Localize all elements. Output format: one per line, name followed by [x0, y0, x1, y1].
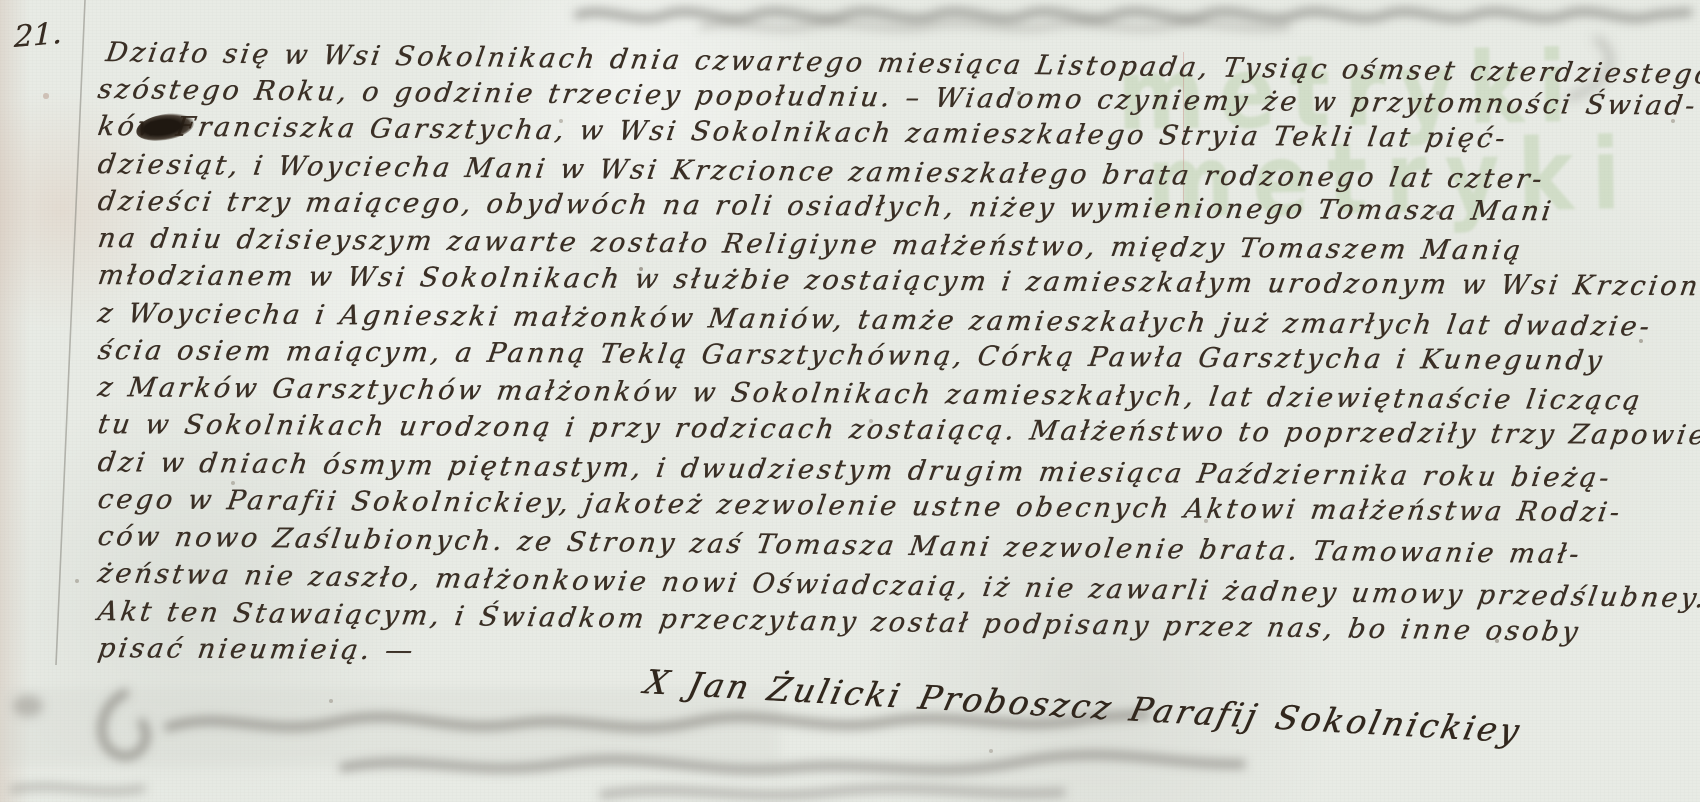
handwriting-line: pisać nieumieią. — — [95, 632, 417, 668]
margin-rule-line — [56, 0, 85, 665]
entry-number: 21. — [14, 16, 63, 55]
document-page: metryki metryki 21. Działo — [0, 0, 1700, 802]
paper-specks — [0, 0, 2, 2]
